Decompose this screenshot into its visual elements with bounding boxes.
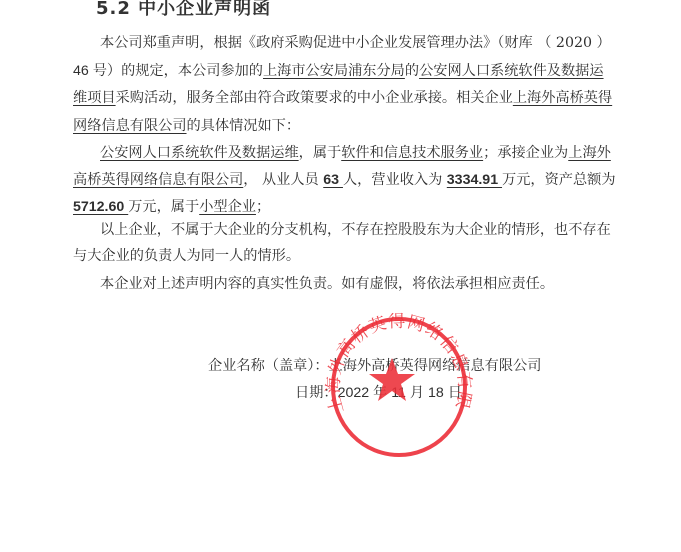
para1-line3: 维项目采购活动，服务全部由符合政策要求的中小企业承接。相关企业上海外高桥英得 [73, 89, 612, 107]
employees-count: 63 [323, 172, 343, 188]
contractor-prefix: ；承接企业为 [483, 145, 568, 161]
company-name-part1: 上海外高桥英得 [513, 90, 612, 106]
employees-unit: 人，营业收入为 [343, 172, 447, 188]
date-value: 2022 年 11 月 18 日 [338, 385, 462, 401]
para1-line3-mid: 采购活动，服务全部由符合政策要求的中小企业承接。相关企业 [116, 90, 513, 106]
para2-line3: 5712.60 万元，属于小型企业； [73, 198, 270, 216]
revenue-unit: 万元，资产总额为 [502, 172, 616, 188]
company-label: 企业名称（盖章）： [208, 358, 329, 374]
employees-prefix: ， 从业人员 [243, 172, 323, 188]
project-name: 公安网人口系统软件及数据运维 [100, 145, 299, 161]
para1-line2: 46 号）的规定，本公司参加的上海市公安局浦东分局的公安网人口系统软件及数据运 [73, 62, 604, 80]
date-line: 日期：2022 年 11 月 18 日 [295, 384, 462, 402]
assets-value: 5712.60 [73, 199, 128, 215]
section-title: 5.2 中小企业声明函 [96, 0, 271, 20]
project-name-part2: 维项目 [73, 90, 116, 106]
para2-line2: 高桥英得网络信息有限公司， 从业人员 63 人，营业收入为 3334.91 万元… [73, 171, 616, 189]
project-name-part1: 公安网人口系统软件及数据运 [419, 63, 603, 79]
belongs-to-text: ，属于 [299, 145, 342, 161]
para2-end: ； [256, 199, 270, 215]
contractor-name-part2: 高桥英得网络信息有限公司 [73, 172, 243, 188]
revenue-value: 3334.91 [447, 172, 502, 188]
para1-line4-suffix: 的具体情况如下： [187, 118, 301, 134]
para3-line1: 以上企业，不属于大企业的分支机构，不存在控股股东为大企业的情形，也不存在 [100, 221, 611, 239]
para1-line4: 网络信息有限公司的具体情况如下： [73, 117, 300, 135]
contractor-name-part1: 上海外 [568, 145, 611, 161]
para3-line2: 与大企业的负责人为同一人的情形。 [73, 247, 300, 265]
para1-line1: 本公司郑重声明，根据《政府采购促进中小企业发展管理办法》（财库 （ 2020 ） [100, 34, 611, 52]
para1-line2-mid: 的 [405, 63, 419, 79]
company-signature-name: 上海外高桥英得网络信息有限公司 [329, 358, 542, 374]
company-signature-line: 企业名称（盖章）：上海外高桥英得网络信息有限公司 [208, 357, 541, 375]
assets-unit: 万元，属于 [128, 199, 199, 215]
enterprise-type: 小型企业 [199, 199, 256, 215]
date-label: 日期： [295, 385, 338, 401]
industry-name: 软件和信息技术服务业 [341, 145, 483, 161]
para2-line1: 公安网人口系统软件及数据运维，属于软件和信息技术服务业；承接企业为上海外 [100, 144, 611, 162]
purchaser-name: 上海市公安局浦东分局 [263, 63, 405, 79]
para1-line2-prefix: 46 号）的规定，本公司参加的 [73, 63, 263, 79]
company-name-part2: 网络信息有限公司 [73, 118, 187, 134]
para4: 本企业对上述声明内容的真实性负责。如有虚假，将依法承担相应责任。 [100, 275, 554, 293]
